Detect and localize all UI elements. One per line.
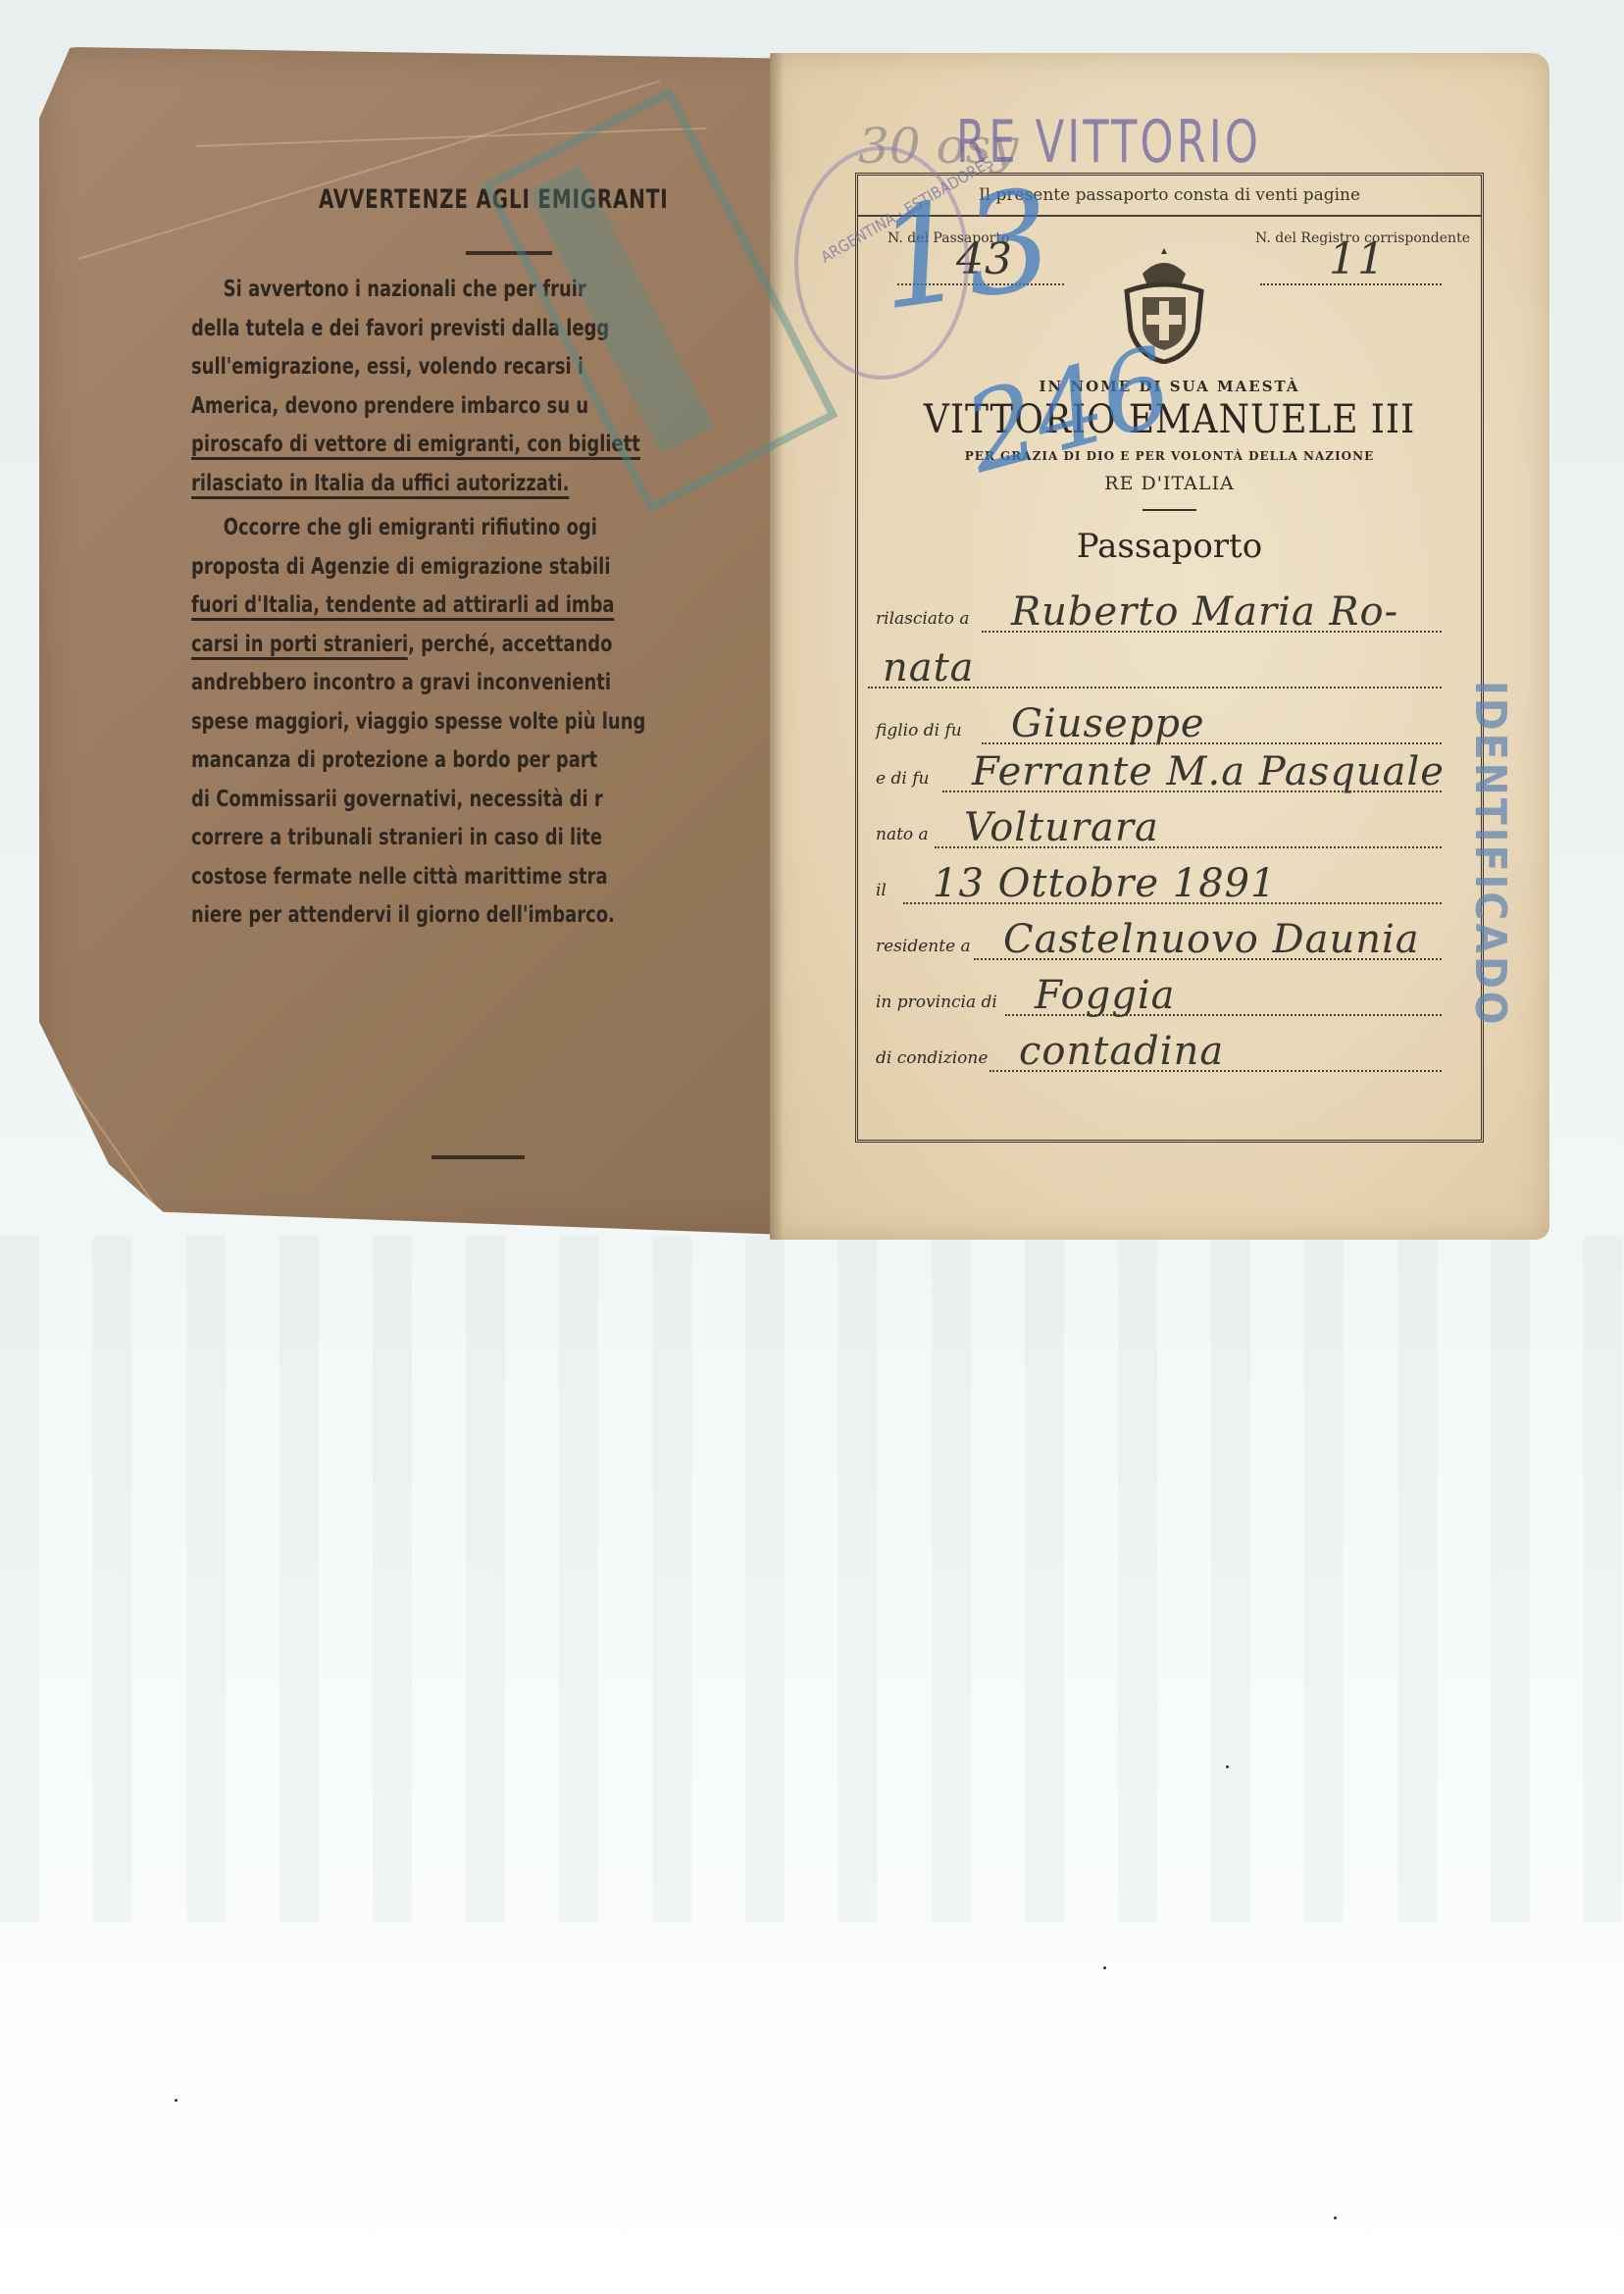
warning-line: niere per attendervi il giorno dell'imba… — [191, 896, 658, 936]
dust-speck — [1334, 2217, 1337, 2219]
register-number-line — [1260, 283, 1442, 285]
passport-booklet: AVVERTENZE AGLI EMIGRANTI Si avvertono i… — [39, 47, 1549, 1249]
field-handwritten-value: Giuseppe — [1011, 701, 1205, 746]
by-grace-of-god: PER GRAZIA DI DIO E PER VOLONTÀ DELLA NA… — [858, 449, 1481, 463]
dust-speck — [1103, 1966, 1106, 1969]
warning-line: di Commissarii governativi, necessità di… — [191, 781, 658, 820]
field-label: rilasciato a — [876, 609, 970, 629]
divider — [1142, 509, 1196, 511]
field-handwritten-value: nata — [883, 645, 975, 690]
passport-page: 30 osy RE VITTORIO Il presente passaport… — [770, 53, 1549, 1240]
warning-line: mancanza di protezione a bordo per part — [191, 741, 658, 781]
passport-title: Passaporto — [858, 527, 1481, 566]
warning-line: carsi in porti stranieri, perché, accett… — [191, 626, 658, 665]
warning-line: costose fermate nelle città marittime st… — [191, 858, 658, 897]
warning-line: andrebbero incontro a gravi inconvenient… — [191, 664, 658, 703]
king-of-italy: RE D'ITALIA — [858, 473, 1481, 494]
warning-line: rilasciato in Italia da uffici autorizza… — [191, 465, 658, 504]
warning-line: Occorre che gli emigranti rifiutino ogi — [191, 509, 658, 548]
field-handwritten-value: 13 Ottobre 1891 — [933, 861, 1277, 906]
blue-pencil-mark: 13 — [868, 159, 1063, 341]
field-handwritten-value: contadina — [1019, 1029, 1224, 1074]
field-label: in provincia di — [876, 993, 997, 1012]
end-rule — [431, 1155, 525, 1159]
field-label: il — [876, 881, 887, 900]
field-label: residente a — [876, 937, 971, 956]
field-label: di condizione — [876, 1048, 988, 1068]
field-handwritten-value: Castelnuovo Daunia — [1003, 917, 1420, 962]
identificado-stamp: IDENTIFICADO — [1465, 681, 1515, 1027]
field-handwritten-value: Ruberto Maria Ro- — [1011, 589, 1398, 635]
warning-line: correre a tribunali stranieri in caso di… — [191, 819, 658, 858]
field-handwritten-value: Volturara — [964, 805, 1159, 850]
dust-speck — [1226, 1765, 1229, 1768]
warning-line: proposta di Agenzie di emigrazione stabi… — [191, 548, 658, 587]
field-handwritten-value: Foggia — [1035, 973, 1176, 1018]
scanner-background-streaks — [0, 1236, 1624, 1922]
register-number-value: 11 — [1329, 234, 1386, 284]
warning-line: spese maggiori, viaggio spesse volte più… — [191, 703, 658, 742]
field-label: e di fu — [876, 769, 929, 789]
page-gutter-shadow — [770, 53, 784, 1240]
field-label: nato a — [876, 825, 929, 844]
field-label: figlio di fu — [876, 721, 962, 740]
paper-crease — [58, 1067, 189, 1253]
warning-line: fuori d'Italia, tendente ad attirarli ad… — [191, 586, 658, 626]
field-handwritten-value: Ferrante M.a Pasquale — [972, 749, 1445, 794]
dust-speck — [175, 2099, 178, 2102]
warning-line: piroscafo di vettore di emigranti, con b… — [191, 426, 658, 465]
